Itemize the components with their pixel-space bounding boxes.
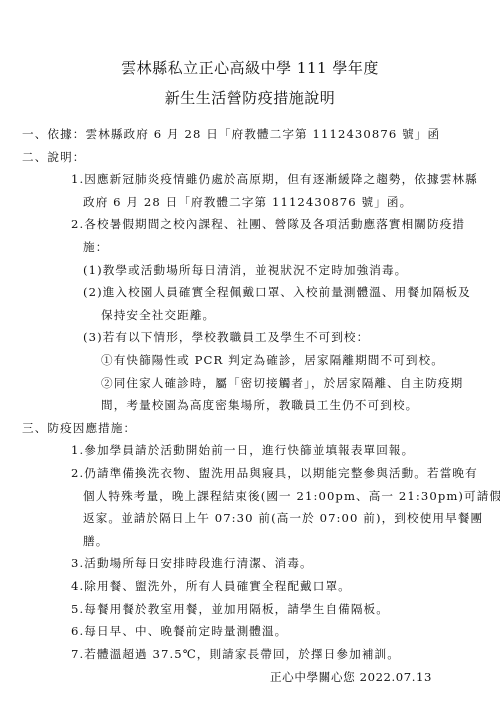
document-line: 返家。並請於隔日上午 07:30 前(高一於 07:00 前)，到校使用早餐團: [83, 511, 483, 525]
document-line: 施：: [83, 240, 108, 254]
document-line: ②同住家人確診時，屬「密切接觸者」，於居家隔離、自主防疫期: [101, 376, 463, 390]
document-title: 雲林縣私立正心高級中學 111 學年度: [0, 57, 500, 78]
document-line: 3.活動場所每日安排時段進行清潔、消毒。: [71, 556, 313, 570]
document-line: (1)教學或活動場所每日清消，並視狀況不定時加強消毒。: [83, 263, 407, 277]
document-line: ①有快篩陽性或 PCR 判定為確診，居家隔離期間不可到校。: [101, 353, 444, 367]
signature-line: 正心中學關心您 2022.07.13: [270, 669, 432, 685]
document-line: 膳。: [83, 534, 108, 548]
document-line: 4.除用餐、盥洗外，所有人員確實全程配戴口罩。: [71, 579, 351, 593]
document-subtitle: 新生生活營防疫措施說明: [0, 87, 500, 108]
document-line: 間，考量校園為高度密集場所，教職員工生仍不可到校。: [101, 398, 418, 412]
document-line: (3)若有以下情形，學校教職員工及學生不可到校：: [83, 330, 369, 344]
document-line: 一、依據：雲林縣政府 6 月 28 日「府教體二字第 1112430876 號」…: [22, 127, 440, 141]
document-line: 2.各校暑假期間之校內課程、社團、營隊及各項活動應落實相關防疫措: [71, 217, 465, 231]
document-line: 個人特殊考量，晚上課程結束後(國一 21:00pm、高一 21:30pm)可請假: [83, 489, 500, 503]
document-line: 5.每餐用餐於教室用餐，並加用隔板，請學生自備隔板。: [71, 602, 389, 616]
document-line: (2)進入校園人員確實全程佩戴口罩、入校前量測體溫、用餐加隔板及: [83, 285, 471, 299]
document-line: 1.因應新冠肺炎疫情雖仍處於高原期，但有逐漸緩降之趨勢，依據雲林縣: [71, 172, 478, 186]
document-line: 1.參加學員請於活動開始前一日，進行快篩並填報表單回報。: [71, 443, 414, 457]
document-line: 二、說明：: [22, 150, 85, 164]
document-line: 7.若體溫超過 37.5℃，則請家長帶回，於擇日參加補訓。: [71, 647, 400, 661]
document-line: 2.仍請準備換洗衣物、盥洗用品與寢具，以期能完整參與活動。若當晚有: [71, 466, 478, 480]
document-line: 三、防疫因應措施：: [22, 421, 136, 435]
document-line: 保持安全社交距離。: [101, 308, 215, 322]
document-line: 政府 6 月 28 日「府教體二字第 1112430876 號」函。: [83, 195, 412, 209]
document-page: 雲林縣私立正心高級中學 111 學年度 新生生活營防疫措施說明 一、依據：雲林縣…: [0, 0, 500, 707]
document-line: 6.每日早、中、晚餐前定時量測體溫。: [71, 624, 287, 638]
